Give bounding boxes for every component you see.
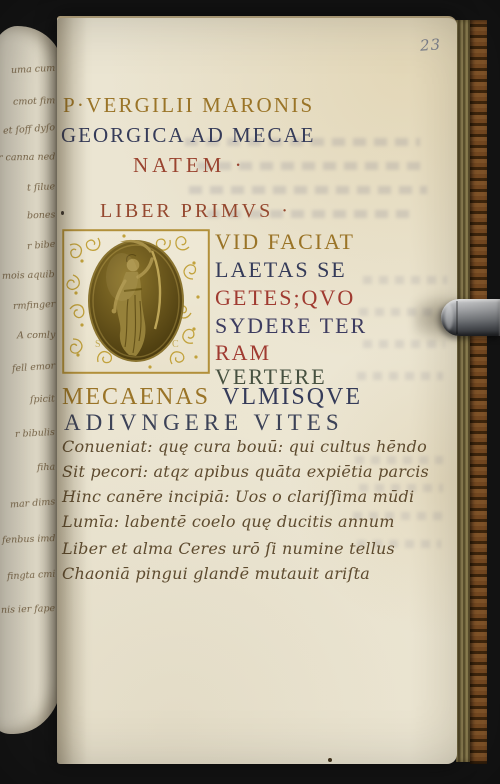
medal-letter-s: S bbox=[95, 339, 101, 350]
marginalia-fragment: A comly bbox=[17, 330, 56, 342]
manuscript-photo: uma cum cmot fim et ſoff dyſo r canna ne… bbox=[0, 0, 500, 784]
fore-edge-pages bbox=[456, 20, 470, 762]
historiated-initial-Q: S C bbox=[62, 229, 210, 374]
versal-line: VID FACIAT bbox=[215, 231, 355, 253]
facing-page-edge: uma cum cmot fim et ſoff dyſo r canna ne… bbox=[0, 26, 62, 734]
marginalia-fragment: rmfinger bbox=[12, 299, 55, 312]
marginalia-fragment: mois aquib bbox=[2, 269, 55, 282]
initial-cameo-illustration: S C bbox=[62, 229, 210, 374]
marginalia-fragment: ſpicit bbox=[30, 394, 55, 406]
medal-letter-c: C bbox=[172, 339, 179, 350]
verse-line: Sit pecori: atqz apibus quāta expiētia p… bbox=[62, 464, 429, 480]
versal-line: RAM bbox=[215, 342, 271, 364]
verse-line: Liber et alma Ceres urō ſi numine tellus bbox=[62, 541, 395, 557]
verse-line: Lumīa: labentē coelo quę ducitis annum bbox=[62, 514, 395, 530]
verse-line: Hinc canēre incipiā: Uos o clariſſima mū… bbox=[62, 489, 414, 505]
ink-speck bbox=[328, 758, 332, 762]
fore-edge-gilt-decoration bbox=[470, 20, 487, 764]
marginalia-fragment: fiha bbox=[37, 462, 55, 474]
marginalia-fragment: et ſoff dyſo bbox=[3, 122, 56, 137]
marginalia-fragment: r canna ned bbox=[0, 152, 55, 164]
showthrough-line bbox=[363, 276, 447, 284]
versal-wide-line-1: MECAENASVLMISQVE bbox=[62, 385, 362, 409]
versal-line: SYDERE TER bbox=[215, 315, 367, 337]
marginalia-fragment: fell emor bbox=[12, 361, 56, 375]
verse-line: Chaoniā pingui glandē mutauit ariſta bbox=[62, 566, 370, 582]
page-holder-clasp bbox=[441, 299, 500, 336]
marginalia-fragment: cmot fim bbox=[13, 95, 56, 107]
verse-line: Conueniat: quę cura bouū: qui cultus hēn… bbox=[62, 439, 427, 455]
book-rubric: LIBER PRIMVS · bbox=[100, 201, 291, 221]
folio-number: 23 bbox=[419, 35, 441, 54]
recto-page: 23 P·VERGILII MARONIS GEORGICA AD MECAE … bbox=[57, 16, 457, 764]
heading-line-2: GEORGICA AD MECAE bbox=[61, 125, 316, 146]
marginalia-fragment: r bibulis bbox=[15, 427, 55, 440]
versal-line: LAETAS SE bbox=[215, 259, 347, 281]
marginalia-fragment: r bibe bbox=[26, 239, 55, 252]
marginalia-fragment: t ſilue bbox=[27, 181, 56, 193]
clasp-highlight bbox=[445, 304, 453, 330]
marginalia-fragment: nis ier fape bbox=[1, 603, 56, 616]
showthrough-line bbox=[357, 372, 443, 380]
marginalia-fragment: mar dims bbox=[9, 496, 55, 510]
versal-wide-line-2: ADIVNGERE VITES bbox=[64, 411, 344, 434]
marginalia-fragment: fingta cmi bbox=[6, 569, 55, 583]
heading-line-3: NATEM · bbox=[133, 155, 246, 176]
heading-line-1: P·VERGILII MARONIS bbox=[63, 95, 314, 116]
showthrough-line bbox=[189, 186, 427, 194]
marginalia-fragment: uma cum bbox=[10, 63, 55, 76]
marginalia-fragment: fenbus imd bbox=[1, 533, 55, 546]
versal-line: GETES;QVO bbox=[215, 287, 355, 309]
marginalia-fragment: bones bbox=[26, 210, 55, 222]
word-ulmisque: VLMISQVE bbox=[222, 384, 362, 410]
ink-dot bbox=[61, 211, 64, 215]
clasp-bevel bbox=[456, 301, 458, 334]
word-mecaenas: MECAENAS bbox=[62, 384, 210, 410]
